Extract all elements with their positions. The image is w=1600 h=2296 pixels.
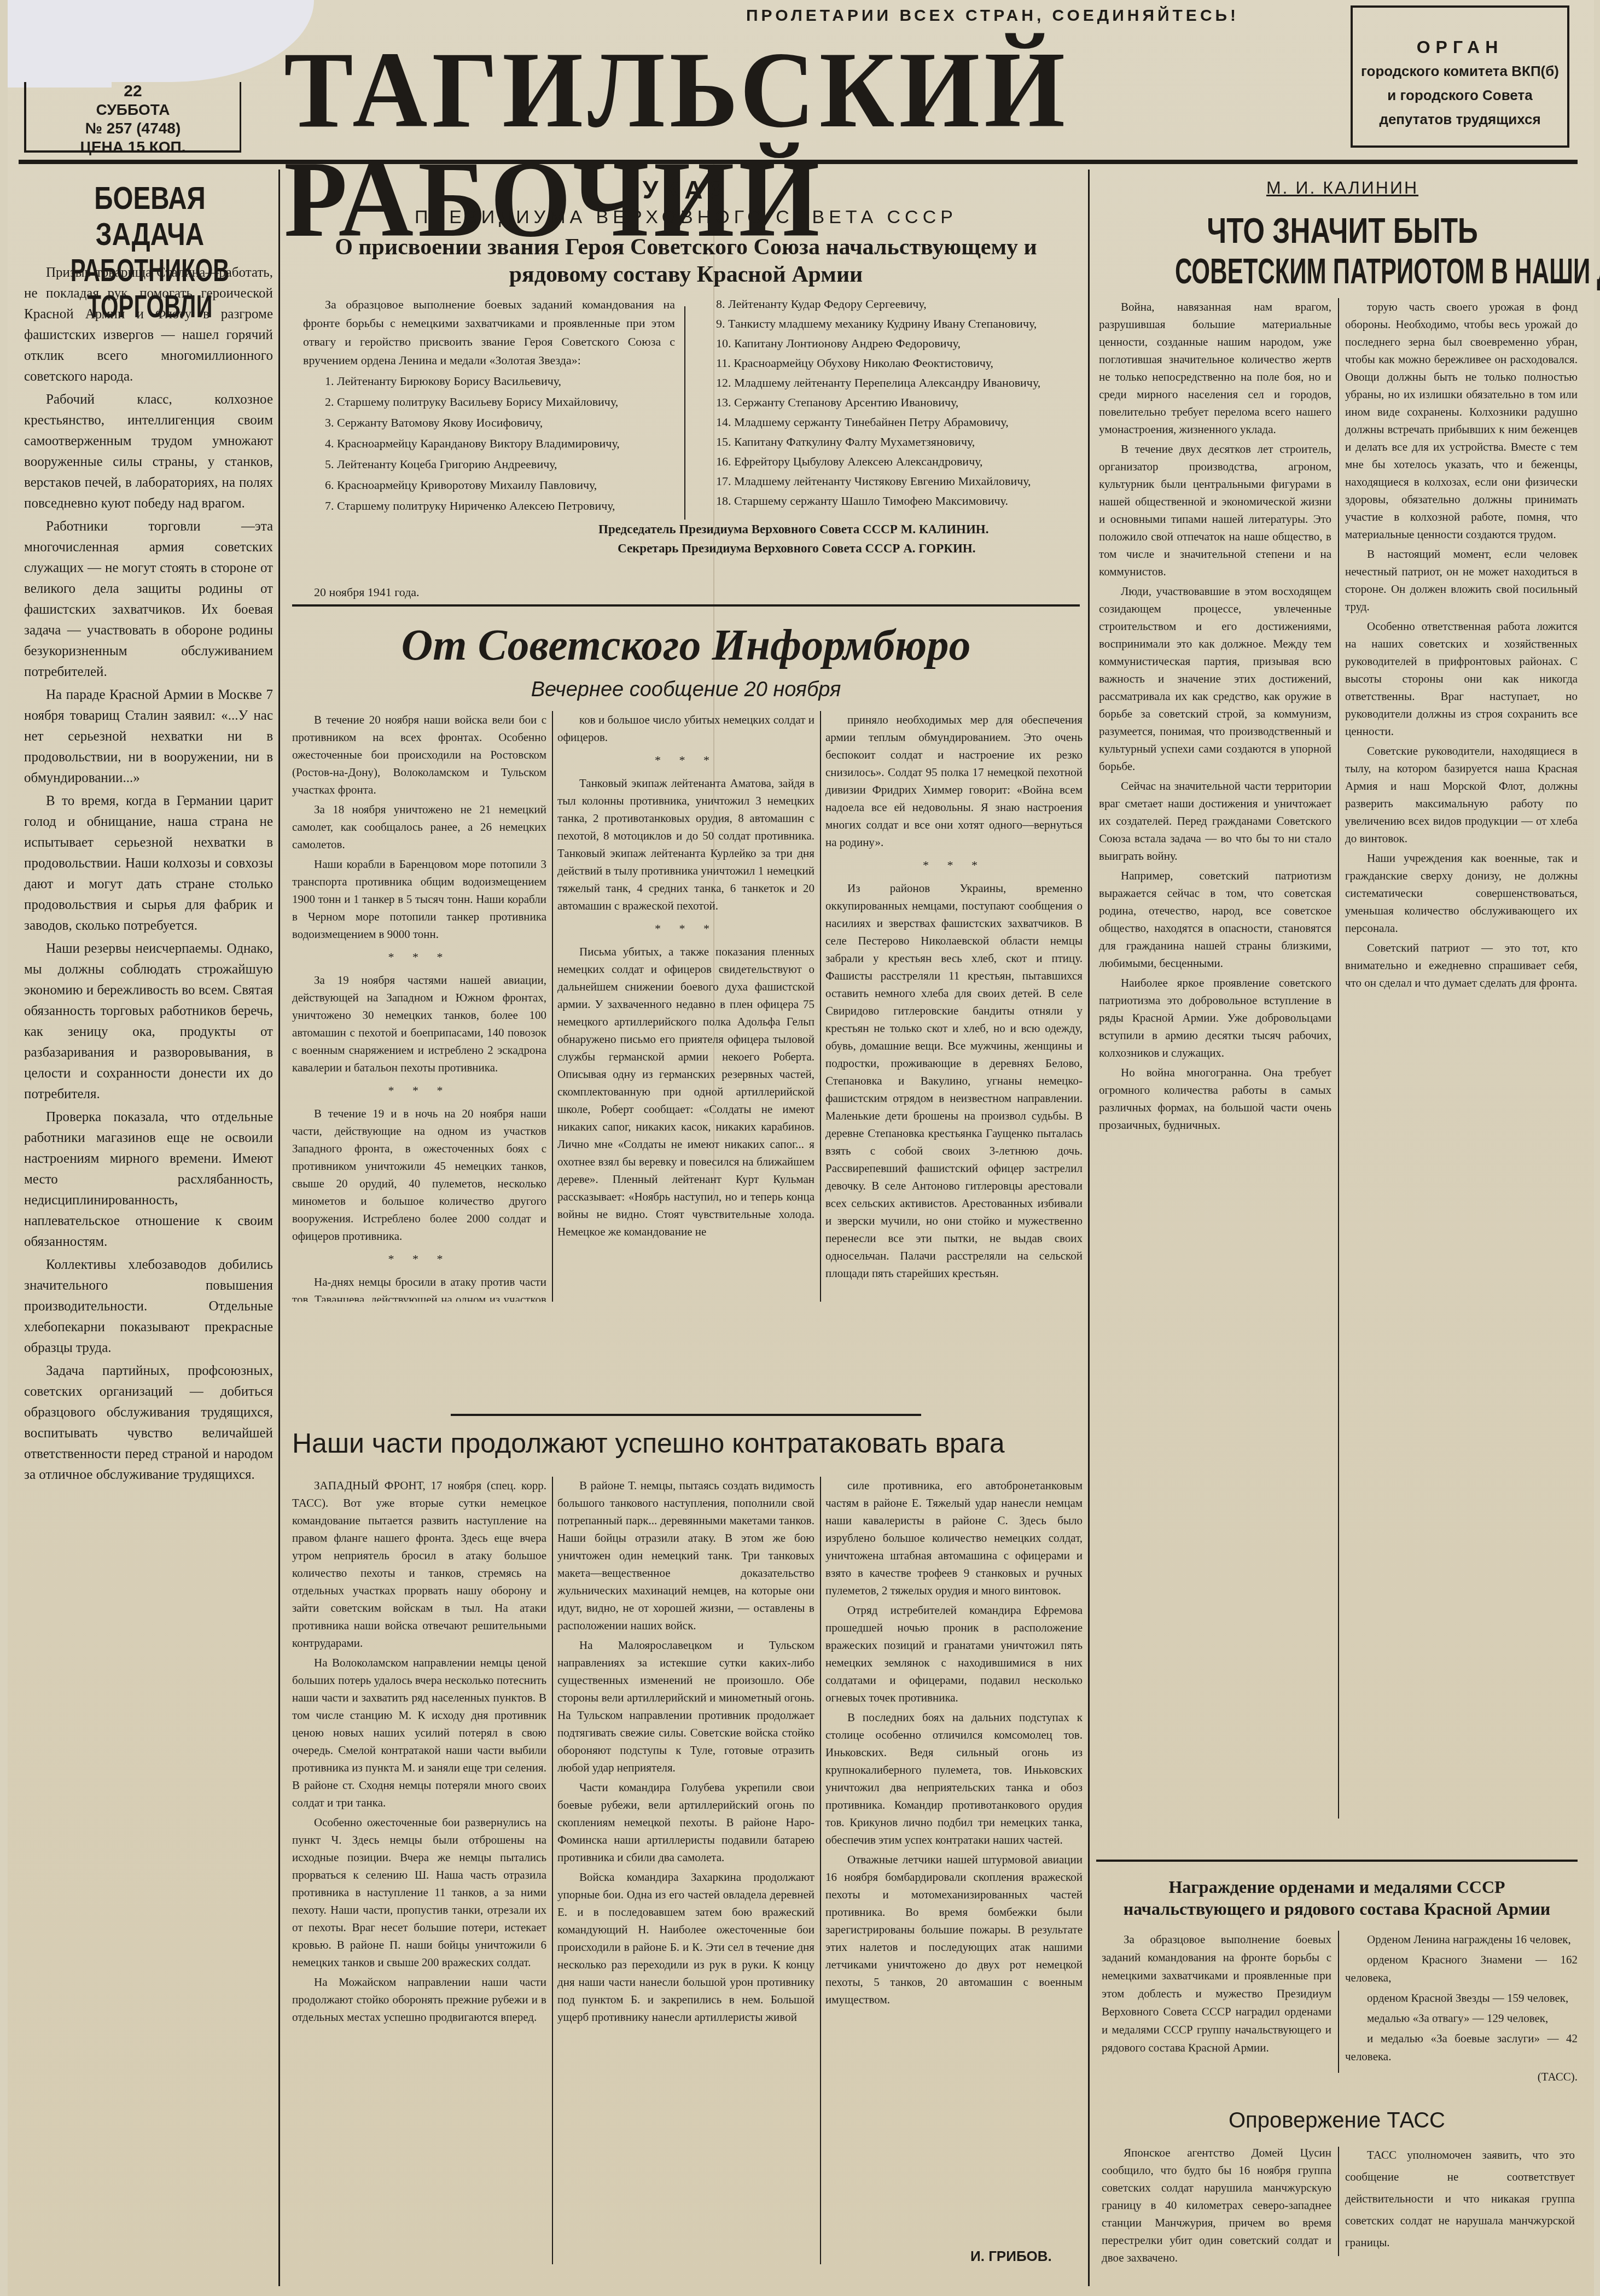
awards-list: Орденом Ленина награждены 16 человек, ор… [1345,1931,1578,2095]
wavy-divider [292,604,1080,607]
counterattack-col-3: силе противника, его автобронетанковым ч… [825,1477,1083,2242]
kalinin-col-2: торую часть своего урожая в фонд обороны… [1345,298,1578,1819]
issue-day: 22 [26,82,240,101]
decree-header: УКАЗ ПРЕЗИДИУМА ВЕРХОВНОГО СОВЕТА СССР О… [287,175,1085,288]
tass-denial-title: Опровержение ТАСС [1096,2108,1578,2133]
decree-subtitle: ПРЕЗИДИУМА ВЕРХОВНОГО СОВЕТА СССР [287,207,1085,228]
editorial-body: Призыв товарища Сталина—работать, не пок… [24,263,273,2286]
decree-divider [684,306,685,520]
kalinin-col-1: Война, навязанная нам врагом, разрушивша… [1099,298,1331,1819]
decree-title: УКАЗ [287,175,1085,205]
newspaper-page: ПРОЛЕТАРИИ ВСЕХ СТРАН, СОЕДИНЯЙТЕСЬ! ТАГ… [8,0,1594,2296]
decree-right: 8. Лейтенанту Кудар Федору Сергеевичу, 9… [694,295,1072,514]
counterattack-divider [820,1477,821,2264]
sovinform-divider [552,711,553,1302]
kalinin-divider [1338,298,1339,1819]
sovinform-divider [820,711,821,1302]
counterattack-title: Наши части продолжают успешно контратако… [292,1427,1085,1459]
issue-number: № 257 (4748) [26,119,240,138]
kalinin-author: М. И. КАЛИНИН [1096,178,1589,198]
issue-price: ЦЕНА 15 КОП. [26,138,240,156]
sovinform-col-2: ков и большое число убитых немецких солд… [557,711,814,1302]
organ-line-1: городского комитета ВКП(б) [1353,59,1567,83]
torn-corner [8,0,314,82]
tass-denial-left: Японское агентство Домей Цусин сообщило,… [1102,2144,1331,2292]
masthead-rule [19,160,1578,164]
counterattack-col-1: ЗАПАДНЫЙ ФРОНТ, 17 ноября (спец. корр. Т… [292,1477,546,2286]
awards-preamble: За образцовое выполнение боевых заданий … [1102,1931,1331,2100]
counterattack-byline: И. ГРИБОВ. [970,2248,1052,2265]
decree-signature-secretary: Секретарь Президиума Верховного Совета С… [618,541,976,556]
sovinform-col-1: В течение 20 ноября наши войска вели бои… [292,711,546,1302]
column-divider [278,170,280,2286]
awards-headline: Награждение орденами и медалями СССР нач… [1096,1876,1578,1920]
decree-signature-chair: Председатель Президиума Верховного Совет… [598,522,988,537]
counterattack-divider [552,1477,553,2264]
column-divider [1088,170,1090,2286]
decree-date: 20 ноября 1941 года. [314,585,420,599]
ornament-divider [451,1414,921,1416]
organ-line-2: и городского Совета [1353,83,1567,107]
issue-weekday: СУББОТА [26,101,240,119]
decree-headline: О присвоении звания Героя Советского Сою… [319,234,1052,288]
party-motto: ПРОЛЕТАРИИ ВСЕХ СТРАН, СОЕДИНЯЙТЕСЬ! [746,7,1239,25]
tass-denial-divider [1338,2147,1339,2256]
counterattack-col-2: В районе Т. немцы, пытаясь создать видим… [557,1477,814,2286]
sovinform-title: От Советского Информбюро [287,621,1085,671]
organ-label: ОРГАН [1353,35,1567,59]
organ-box: ОРГАН городского комитета ВКП(б) и город… [1351,5,1569,148]
tass-denial-right: ТАСС уполномочен заявить, что это сообще… [1345,2144,1575,2292]
decree-left: За образцовое выполнение боевых заданий … [303,295,675,552]
section-rule [1096,1860,1578,1862]
sovinform-col-3: приняло необходимых мер для обеспечения … [825,711,1083,1302]
issue-info-box: 22 СУББОТА № 257 (4748) ЦЕНА 15 КОП. [24,82,241,153]
organ-line-3: депутатов трудящихся [1353,107,1567,131]
sovinform-subtitle: Вечернее сообщение 20 ноября [287,678,1085,702]
kalinin-headline: ЧТО ЗНАЧИТ БЫТЬ СОВЕТСКИМ ПАТРИОТОМ В НА… [1096,211,1589,292]
awards-divider [1338,1931,1339,2073]
